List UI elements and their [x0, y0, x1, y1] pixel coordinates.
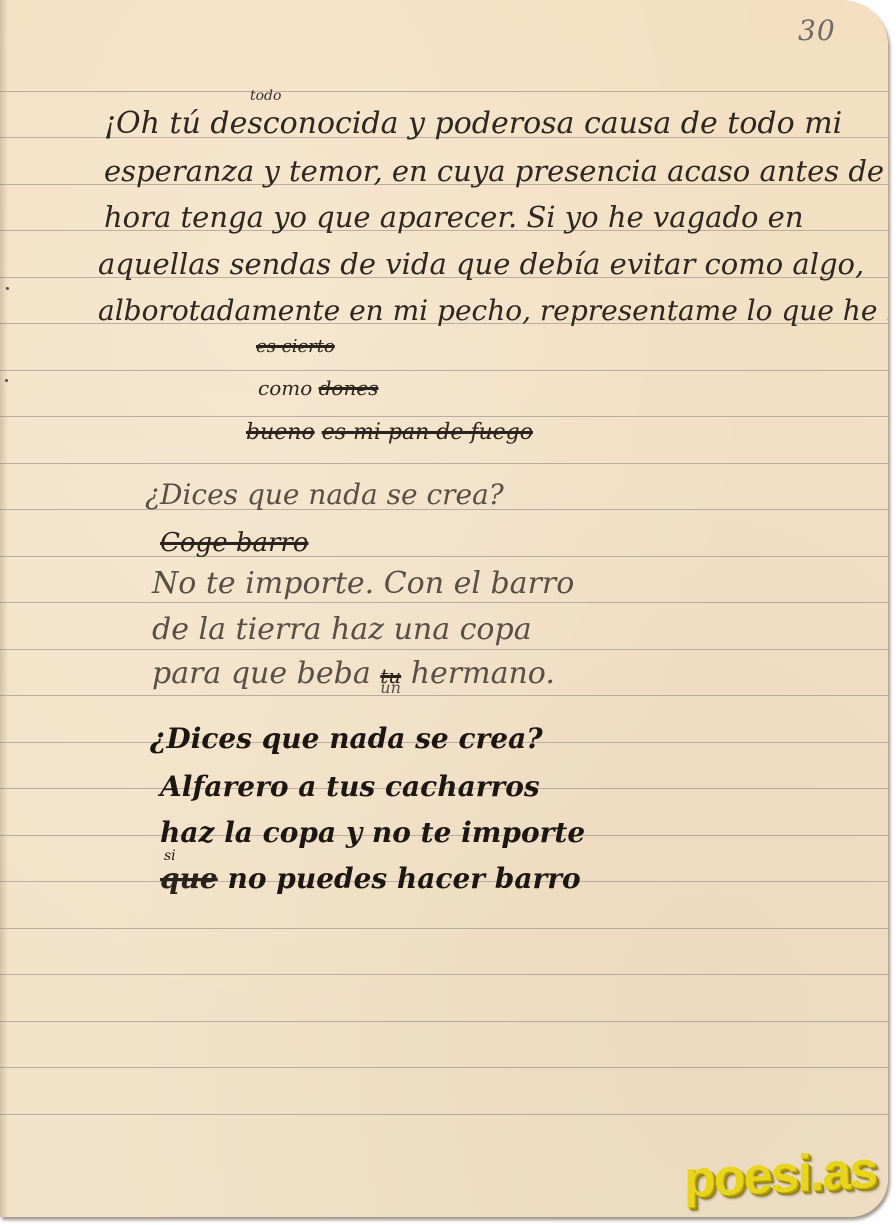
stanza1-line-1: No te importe. Con el barro [152, 566, 574, 601]
prose-line-5: alborotadamente en mi pecho, representam… [98, 294, 888, 327]
draft-line-3: bueno es mi pan de fuego [246, 420, 533, 445]
ruled-line [0, 695, 888, 696]
ruled-line [0, 1067, 888, 1068]
stanza1-question: ¿Dices que nada se crea? [145, 478, 504, 511]
ruled-line [0, 370, 888, 371]
prose-line-3: hora tenga yo que aparecer. Si yo he vag… [104, 200, 804, 234]
ruled-line [0, 416, 888, 417]
stanza2-line-1: Alfarero a tus cacharros [160, 770, 540, 803]
draft-line-3-struck: bueno [246, 420, 315, 445]
prose-line-1: ¡Oh tú desconocida y poderosa causa de t… [104, 106, 842, 141]
binding-shadow [0, 0, 8, 1217]
ruled-line [0, 1021, 888, 1022]
stanza2-question: ¿Dices que nada se crea? [150, 722, 543, 755]
draft-line-2-struck: dones [319, 376, 379, 400]
paper-speck [6, 287, 9, 290]
ruled-line [0, 91, 888, 92]
page-number: 30 [798, 14, 836, 47]
insertion-above-text: todo [250, 88, 281, 104]
stanza1-line-3-after: hermano. [411, 656, 555, 691]
draft-line-2-text: como [258, 376, 312, 400]
ruled-line [0, 602, 888, 603]
paper-speck [5, 379, 8, 382]
ruled-line [0, 463, 888, 464]
draft-line-3-rest: es mi pan de fuego [322, 420, 533, 445]
prose-line-4: aquellas sendas de vida que debía evitar… [98, 247, 864, 281]
draft-line-2: como dones [258, 376, 378, 400]
stanza2-line-3: que si no puedes hacer barro [160, 862, 581, 895]
stanza1-struck-line: Coge barro [160, 528, 309, 558]
stanza1-line-3-before: para que beba [152, 656, 371, 691]
stanza2-inserted-word: si [164, 848, 176, 864]
stanza1-inserted-word: un [380, 678, 401, 697]
ruled-line [0, 974, 888, 975]
prose-line-2: esperanza y temor, en cuya presencia aca… [104, 154, 888, 188]
stanza2-line-3-rest: no puedes hacer barro [228, 862, 581, 895]
stanza2-line-2: haz la copa y no te importe [160, 816, 585, 849]
poesias-watermark-logo: poesi.as [684, 1140, 876, 1210]
draft-line-1: es cierto [256, 336, 335, 357]
ruled-line [0, 1114, 888, 1115]
stanza2-struck-word: que [160, 862, 218, 895]
ruled-line [0, 556, 888, 557]
stanza1-line-2: de la tierra haz una copa [152, 612, 532, 647]
notebook-page: 30 todo ¡Oh tú desconocida y poderosa ca… [0, 0, 888, 1217]
ruled-line [0, 649, 888, 650]
stanza1-line-3: para que beba tu un hermano. [152, 656, 555, 691]
ruled-line [0, 928, 888, 929]
